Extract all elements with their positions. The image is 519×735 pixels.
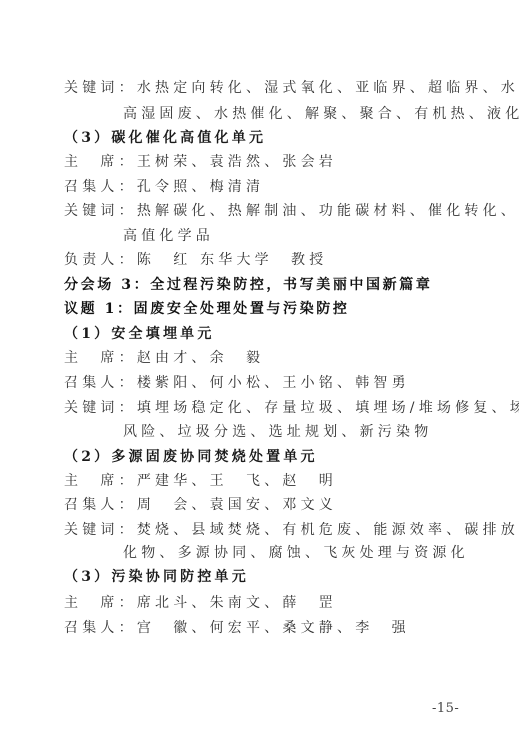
chair-text: 席北斗、朱南文、薛 罡 [137,595,337,611]
chair-label: 主 席： [64,595,137,611]
chair-label: 主 席： [64,154,137,170]
convener-text: 宫 徽、何宏平、桑文静、李 强 [137,620,410,636]
keywords-label: 关键词： [64,522,137,538]
chair-line: 主 席：严建华、王 飞、赵 明 [64,470,337,492]
keywords-line: 关键词：焚烧、县域焚烧、有机危废、能源效率、碳排放、二噁英、氮氧 [64,519,519,541]
chair-line: 主 席：王树荣、袁浩然、张会岩 [64,151,337,173]
keywords-continuation: 高值化学品 [123,225,214,247]
convener-text: 孔令照、梅清清 [137,179,264,195]
chair-line: 主 席：席北斗、朱南文、薛 罡 [64,592,337,614]
convener-text: 周 会、袁国安、邓文义 [137,497,337,513]
keywords-line: 关键词：填埋场稳定化、存量垃圾、填埋场/堆场修复、场地变更、环境 [64,397,519,419]
chair-line: 主 席：赵由才、余 毅 [64,347,264,369]
keywords-continuation: 化物、多源协同、腐蚀、飞灰处理与资源化 [123,542,469,564]
chair-text: 赵由才、余 毅 [137,350,264,366]
chair-label: 主 席： [64,473,137,489]
convener-label: 召集人： [64,497,137,513]
responsible-label: 负责人： [64,252,137,268]
unit-heading: （2）多源固废协同焚烧处置单元 [64,446,318,468]
keywords-text: 水热定向转化、湿式氧化、亚临界、超临界、水热碳、功能材料、 [137,80,519,96]
unit-heading: （1）安全填埋单元 [64,323,215,345]
topic-heading: 议题 1：固废安全处理处置与污染防控 [64,298,349,320]
responsible-line: 负责人：陈 红 东华大学 教授 [64,249,327,271]
convener-label: 召集人： [64,620,137,636]
chair-label: 主 席： [64,350,137,366]
keywords-label: 关键词： [64,400,137,416]
chair-text: 王树荣、袁浩然、张会岩 [137,154,337,170]
keywords-line: 关键词：水热定向转化、湿式氧化、亚临界、超临界、水热碳、功能材料、 [64,77,519,99]
responsible-text: 陈 红 东华大学 教授 [137,252,328,268]
keywords-text: 填埋场稳定化、存量垃圾、填埋场/堆场修复、场地变更、环境 [137,400,519,416]
convener-text: 楼紫阳、何小松、王小铭、韩智勇 [137,375,410,391]
keywords-text: 热解碳化、热解制油、功能碳材料、催化转化、废塑料、生物炭、 [137,203,519,219]
convener-line: 召集人：孔令照、梅清清 [64,176,264,198]
keywords-text: 焚烧、县域焚烧、有机危废、能源效率、碳排放、二噁英、氮氧 [137,522,519,538]
keywords-continuation: 风险、垃圾分选、选址规划、新污染物 [123,421,432,443]
keywords-label: 关键词： [64,203,137,219]
chair-text: 严建华、王 飞、赵 明 [137,473,337,489]
session-heading: 分会场 3：全过程污染防控，书写美丽中国新篇章 [64,274,432,296]
document-page: 关键词：水热定向转化、湿式氧化、亚临界、超临界、水热碳、功能材料、 高湿固废、水… [0,0,519,735]
page-number: -15- [432,701,459,716]
keywords-line: 关键词：热解碳化、热解制油、功能碳材料、催化转化、废塑料、生物炭、 [64,200,519,222]
convener-line: 召集人：楼紫阳、何小松、王小铭、韩智勇 [64,372,410,394]
unit-heading: （3）碳化催化高值化单元 [64,127,266,149]
unit-heading: （3）污染协同防控单元 [64,566,249,588]
convener-line: 召集人：宫 徽、何宏平、桑文静、李 强 [64,617,410,639]
keywords-continuation: 高湿固废、水热催化、解聚、聚合、有机热、液化、气化 [123,103,519,125]
keywords-label: 关键词： [64,80,137,96]
convener-line: 召集人：周 会、袁国安、邓文义 [64,494,337,516]
convener-label: 召集人： [64,179,137,195]
convener-label: 召集人： [64,375,137,391]
